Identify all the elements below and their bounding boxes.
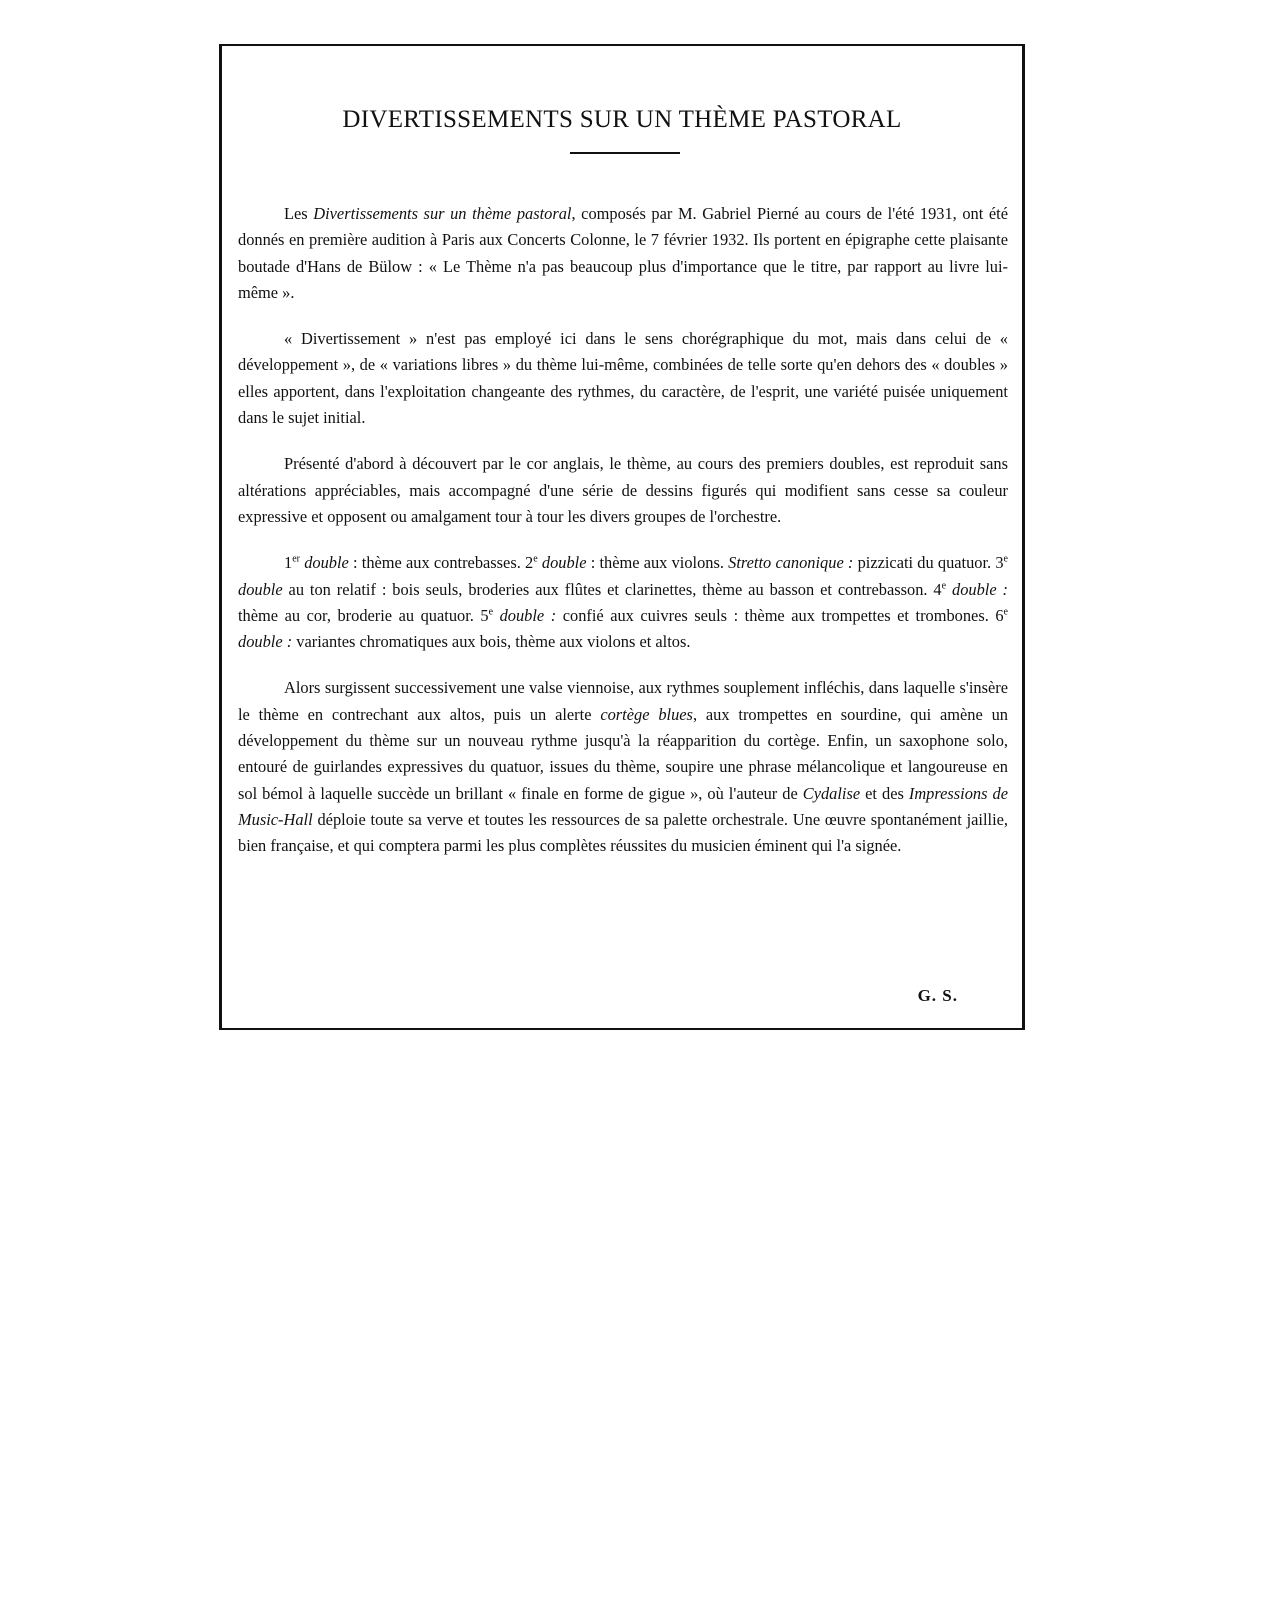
text-run: au ton relatif : bois seuls, broderies a… bbox=[283, 580, 942, 599]
ordinal-suffix: er bbox=[292, 554, 300, 565]
italic-text: double : bbox=[952, 580, 1008, 599]
paragraph-1: Les Divertissements sur un thème pastora… bbox=[238, 201, 1008, 306]
text-run: 1 bbox=[284, 553, 292, 572]
title-divider bbox=[570, 152, 680, 154]
text-run: thème au cor, broderie au quatuor. 5 bbox=[238, 606, 489, 625]
ordinal-suffix: e bbox=[533, 554, 537, 565]
text-run: : thème aux violons. bbox=[587, 553, 729, 572]
text-run: « Divertissement » n'est pas employé ici… bbox=[238, 329, 1008, 427]
page-frame: DIVERTISSEMENTS SUR UN THÈME PASTORAL Le… bbox=[219, 44, 1025, 1030]
text-run: déploie toute sa verve et toutes les res… bbox=[238, 810, 1008, 855]
italic-text: double : bbox=[500, 606, 557, 625]
italic-text: double bbox=[238, 580, 283, 599]
paragraph-3: Présenté d'abord à découvert par le cor … bbox=[238, 451, 1008, 530]
italic-text: cortège blues bbox=[600, 705, 693, 724]
article-body: Les Divertissements sur un thème pastora… bbox=[238, 201, 1008, 880]
page-title: DIVERTISSEMENTS SUR UN THÈME PASTORAL bbox=[222, 106, 1022, 134]
author-signature: G. S. bbox=[918, 986, 958, 1006]
paragraph-2: « Divertissement » n'est pas employé ici… bbox=[238, 326, 1008, 431]
text-run: confié aux cuivres seuls : thème aux tro… bbox=[556, 606, 1003, 625]
text-run: et des bbox=[860, 784, 909, 803]
italic-text: double bbox=[304, 553, 349, 572]
italic-text: Divertissements sur un thème pastoral bbox=[313, 204, 571, 223]
text-run: : thème aux contrebasses. 2 bbox=[349, 553, 533, 572]
italic-text: Stretto canonique : bbox=[728, 553, 853, 572]
paragraph-4: 1er double : thème aux contrebasses. 2e … bbox=[238, 550, 1008, 655]
italic-text: Cydalise bbox=[803, 784, 860, 803]
text-run: Présenté d'abord à découvert par le cor … bbox=[238, 454, 1008, 526]
ordinal-suffix: e bbox=[1004, 554, 1008, 565]
text-run: Les bbox=[284, 204, 313, 223]
text-run: pizzicati du quatuor. 3 bbox=[853, 553, 1003, 572]
italic-text: double : bbox=[238, 632, 292, 651]
paragraph-5: Alors surgissent successivement une vals… bbox=[238, 675, 1008, 859]
text-run: variantes chromatiques aux bois, thème a… bbox=[292, 632, 690, 651]
ordinal-suffix: e bbox=[1004, 606, 1008, 617]
italic-text: double bbox=[542, 553, 587, 572]
